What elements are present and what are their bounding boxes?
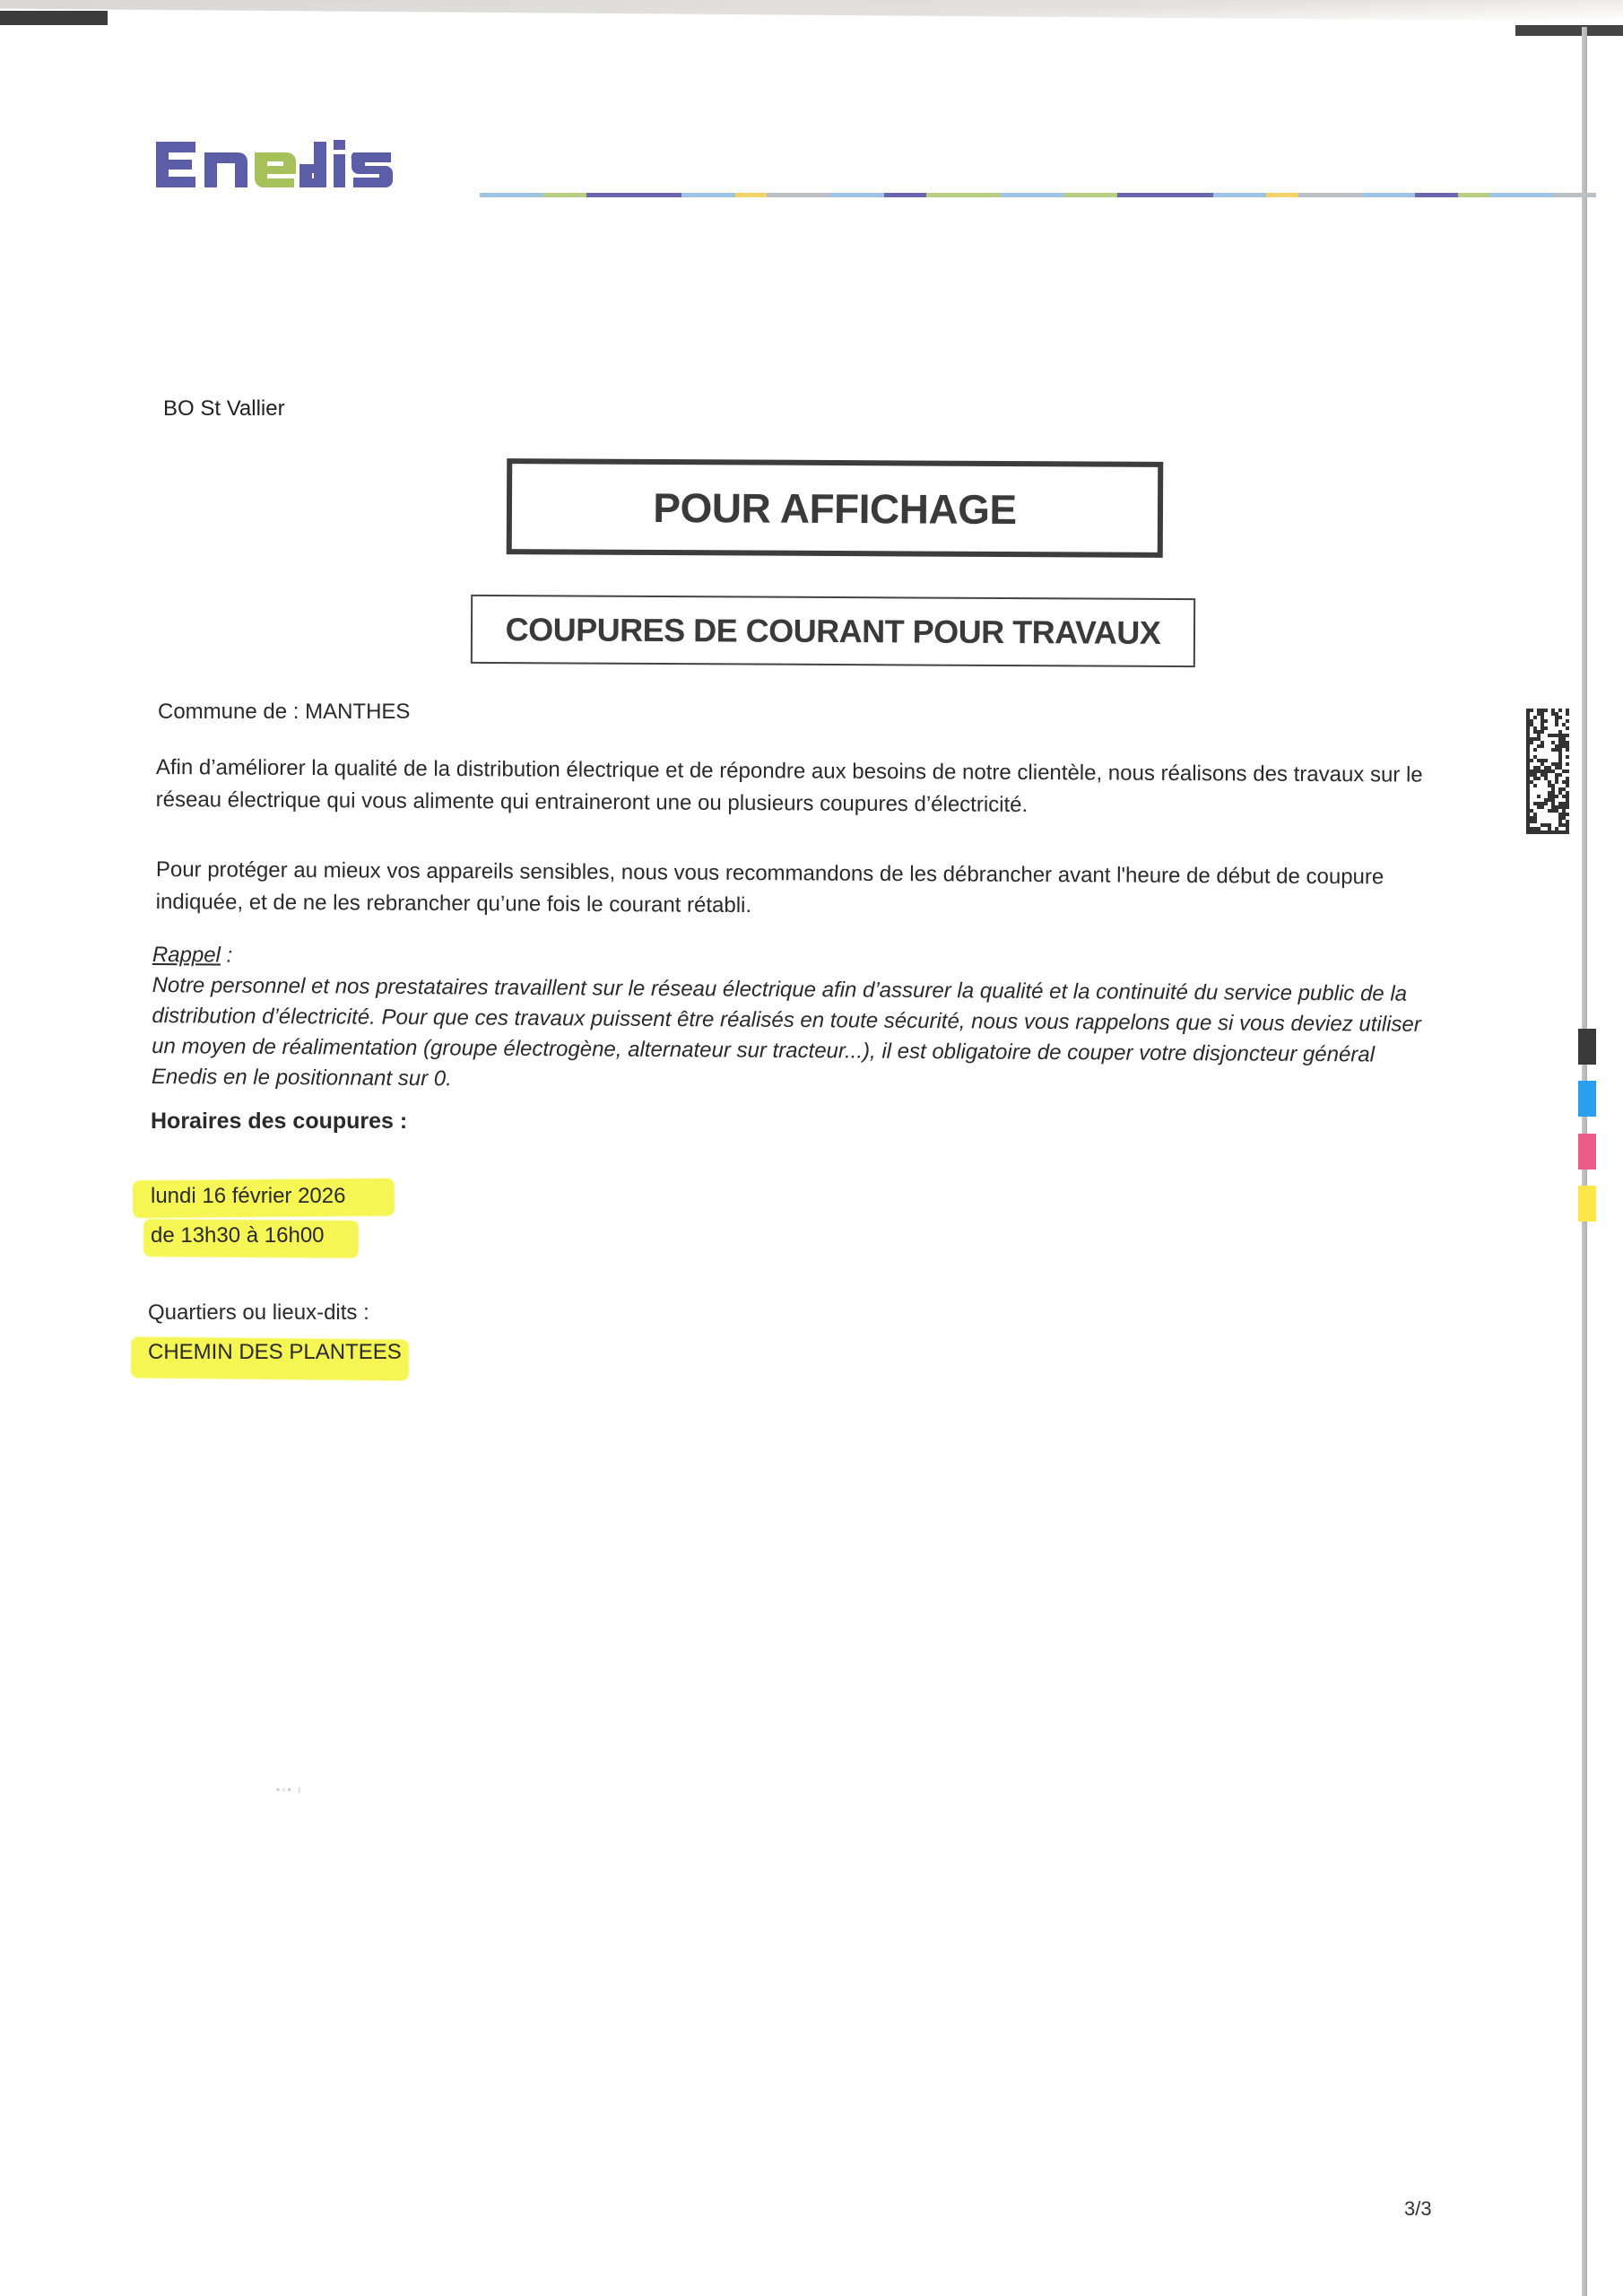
faint-scan-artifact: ▪▫▪ ı [276,1783,302,1796]
rule-segment [884,193,926,197]
rule-segment [1415,193,1457,197]
reminder-block: Rappel : Notre personnel et nos prestata… [152,940,1444,1101]
outage-schedule-label: Horaires des coupures : [151,1109,407,1135]
document-title: POUR AFFICHAGE [653,483,1017,533]
enedis-logo-icon [154,133,459,196]
rule-segment [543,193,586,197]
rule-segment [480,193,543,197]
advice-paragraph: Pour protéger au mieux vos appareils sen… [156,854,1452,926]
rule-segment [1553,193,1595,197]
outage-date: lundi 16 février 2026 [151,1184,345,1209]
print-swatch-cyan [1578,1081,1596,1117]
rule-segment [1489,193,1553,197]
rule-segment [681,193,734,197]
scan-shadow-top [0,0,1623,22]
outage-time: de 13h30 à 16h00 [151,1223,325,1248]
affected-areas-label: Quartiers ou lieux-dits : [148,1300,369,1326]
datamatrix-code-icon [1526,709,1569,834]
title-box: POUR AFFICHAGE [507,458,1164,558]
affected-area: CHEMIN DES PLANTEES [148,1340,402,1365]
print-swatch-black [1578,1029,1596,1065]
sender-office: BO St Vallier [163,396,285,422]
rule-segment [1458,193,1490,197]
subtitle-box: COUPURES DE COURANT POUR TRAVAUX [471,595,1195,667]
rule-segment [586,193,682,197]
intro-paragraph: Afin d’améliorer la qualité de la distri… [156,752,1452,824]
rule-segment [1001,193,1064,197]
commune-line: Commune de : MANTHES [158,700,410,725]
reminder-title: Rappel [152,943,221,968]
page-number: 3/3 [1404,2197,1432,2221]
reminder-title-suffix: : [221,944,233,968]
rule-segment [1266,193,1298,197]
rule-segment [830,193,883,197]
reminder-text: Notre personnel et nos prestataires trav… [152,970,1444,1101]
rule-segment [1117,193,1213,197]
brand-color-rule [480,193,1596,197]
print-swatch-magenta [1578,1134,1596,1170]
document-subtitle: COUPURES DE COURANT POUR TRAVAUX [506,611,1161,652]
rule-segment [735,193,768,197]
rule-segment [1298,193,1362,197]
rule-segment [926,193,1001,197]
rule-segment [1213,193,1266,197]
print-swatch-yellow [1578,1186,1596,1222]
registration-mark-left [0,11,108,25]
rule-segment [1362,193,1415,197]
enedis-logo [154,133,459,196]
registration-mark-right [1515,25,1623,36]
rule-segment [1064,193,1117,197]
rule-segment [767,193,830,197]
